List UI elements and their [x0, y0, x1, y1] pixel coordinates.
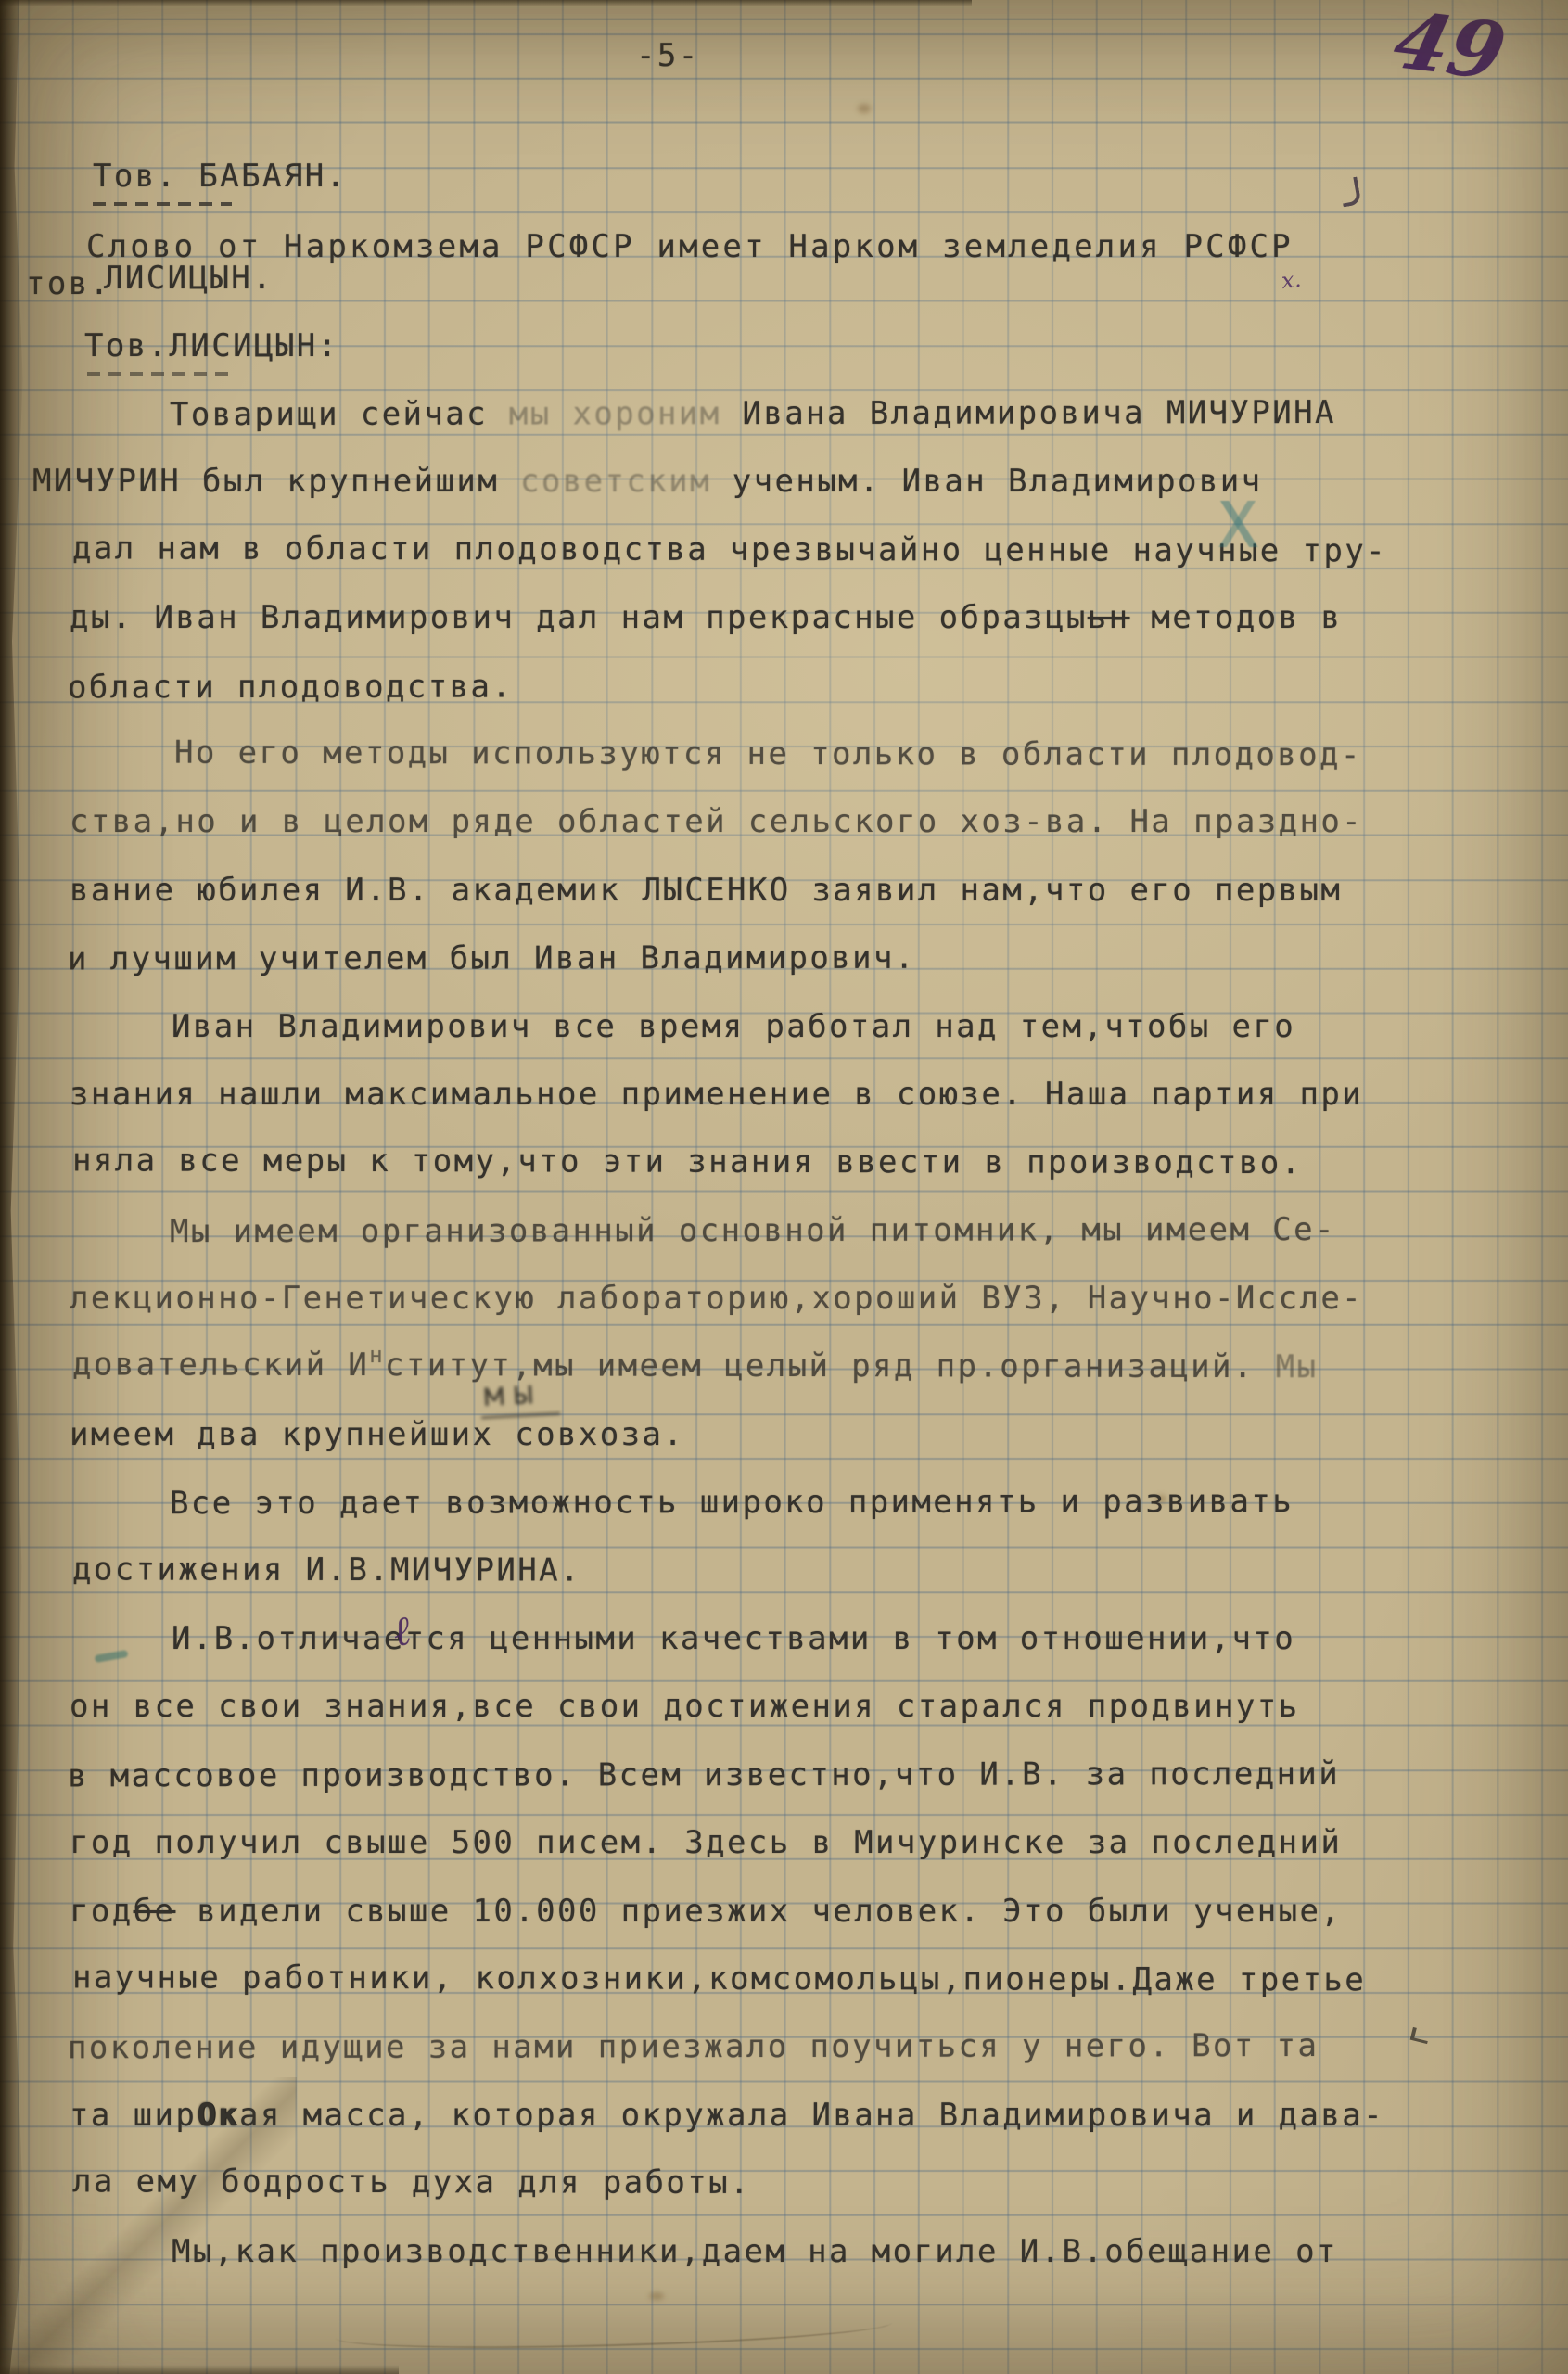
typed-line: в массовое производство. Всем известно,ч…	[0, 1755, 1566, 1825]
typed-line: И.В.отличается ценными качествами в том …	[0, 1620, 1568, 1688]
typed-line: имеем два крупнейших совхоза.	[0, 1416, 1568, 1484]
intro-line-name: ЛИСИЦЫН.	[104, 260, 274, 297]
document-page: -5- 49 Тов. БАБАЯН. Слово от Наркомзема …	[0, 0, 1568, 2374]
typed-line: МИЧУРИН был крупнейшим советским ученым.…	[0, 463, 1568, 530]
typed-line: и лучшим учителем был Иван Владимирович.	[0, 938, 1566, 1009]
typed-line: знания нашли максимальное применение в с…	[0, 1076, 1568, 1143]
typed-line: он все свои знания,все свои достижения с…	[0, 1688, 1568, 1755]
typed-line: вание юбилея И.В. академик ЛЫСЕНКО заяви…	[0, 872, 1568, 939]
typed-line: ды. Иван Владимирович дал нам прекрасные…	[0, 599, 1568, 667]
typed-line: Иван Владимирович все время работал над …	[0, 1008, 1568, 1076]
typed-line: Все это дает возможность широко применят…	[0, 1483, 1566, 1553]
typed-line: ства,но и в целом ряде областей сельског…	[0, 803, 1568, 871]
pen-hook-mark	[1339, 176, 1362, 207]
body-text: Товарищи сейчас мы хороним Ивана Владими…	[0, 395, 1568, 2301]
paper-edge-top	[0, 0, 972, 6]
typed-line: довательский Институт,мы имеем целый ряд…	[3, 1347, 1568, 1418]
typed-line: Товарищи сейчас мы хороним Ивана Владими…	[0, 394, 1566, 465]
typed-line: лекционно-Генетическую лабораторию,хорош…	[0, 1280, 1568, 1347]
speaker-heading-babayan: Тов. БАБАЯН.	[93, 158, 347, 195]
typed-line: та ширОкая масса, которая окружала Ивана…	[0, 2097, 1568, 2164]
typed-line: области плодоводства.	[0, 666, 1566, 736]
typed-line: няла все меры к тому,что эти знания ввес…	[3, 1142, 1568, 1214]
typed-line: Мы имеем организованный основной питомни…	[0, 1210, 1566, 1281]
typed-line: поколение идущие за нами приезжало поучи…	[0, 2027, 1566, 2098]
paper-stain	[858, 104, 871, 113]
teal-ink-scribble	[1213, 501, 1263, 547]
intro-line-prefix: тов.	[26, 265, 110, 302]
typed-line: Но его методы используются не только в о…	[3, 734, 1568, 805]
typed-line: дал нам в области плодоводства чрезвычай…	[3, 530, 1568, 601]
typed-dashed-underline	[93, 202, 232, 206]
typed-line: достижения И.В.МИЧУРИНА.	[3, 1551, 1568, 1622]
typed-line: год получил свыше 500 писем. Здесь в Мич…	[0, 1824, 1568, 1892]
typed-line: Мы,как производственники,даем на могиле …	[0, 2233, 1568, 2301]
speaker-heading-lisitsyn: Тов.ЛИСИЦЫН:	[84, 327, 338, 364]
pen-x-mark: х.	[1281, 266, 1303, 294]
typed-line: годбе видели свыше 10.000 приезжих челов…	[0, 1893, 1568, 1960]
typed-line: ла ему бодрость духа для работы.	[3, 2163, 1568, 2234]
handwritten-folio-number: 49	[1385, 0, 1513, 97]
typed-dashed-underline	[87, 372, 228, 376]
fold-crease	[336, 2307, 893, 2355]
typed-line: научные работники, колхозники,комсомольц…	[3, 1959, 1568, 2030]
ink-smudge-word: мы	[479, 1372, 561, 1419]
page-number: -5-	[636, 37, 700, 74]
